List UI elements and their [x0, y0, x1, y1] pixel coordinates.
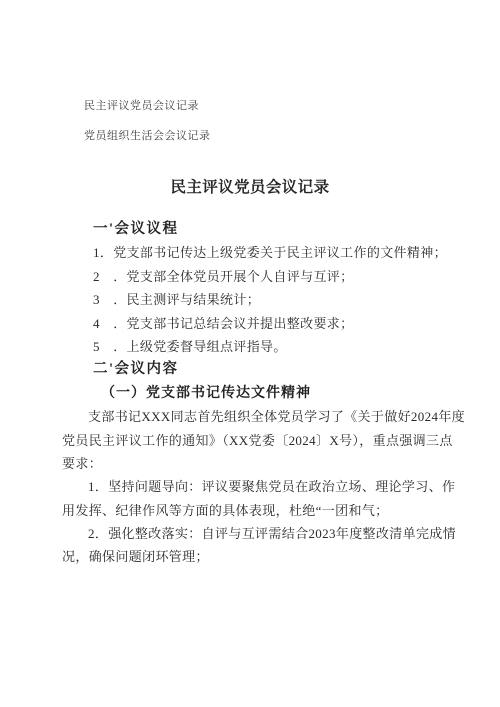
body-line: 况，确保问题闭环管理； — [62, 545, 438, 568]
header-ref-line: 民主评议党员会议记录 — [84, 100, 211, 113]
body-line: 党员民主评议工作的通知》（XX党委〔2024〕X号），重点强调三点 — [62, 429, 438, 452]
body-line: 5 ．上级党委督导组点评指导。 — [62, 335, 438, 358]
body-line: 2．强化整改落实：自评与互评需结合2023年度整改清单完成情 — [62, 522, 438, 545]
body-line: 2 ．党支部全体党员开展个人自评与互评； — [62, 265, 438, 288]
body-line: 一'会议议程 — [62, 218, 438, 241]
body-line: 4 ．党支部书记总结会议并提出整改要求； — [62, 312, 438, 335]
document-body: 一'会议议程1．党支部书记传达上级党委关于民主评议工作的文件精神；2 ．党支部全… — [62, 218, 438, 569]
header-reference-lines: 民主评议党员会议记录党员组织生活会会议记录 — [84, 100, 211, 160]
body-line: 3 ．民主测评与结果统计； — [62, 288, 438, 311]
body-line: （一）党支部书记传达文件精神 — [62, 382, 438, 405]
body-line: 要求： — [62, 452, 438, 475]
body-line: 1．党支部书记传达上级党委关于民主评议工作的文件精神； — [62, 241, 438, 264]
body-line: 二'会议内容 — [62, 358, 438, 381]
header-ref-line: 党员组织生活会会议记录 — [84, 130, 211, 143]
body-line: 用发挥、纪律作风等方面的具体表现，杜绝“一团和气； — [62, 499, 438, 522]
document-title: 民主评议党员会议记录 — [0, 175, 500, 197]
body-line: 1．坚持问题导向：评议要聚焦党员在政治立场、理论学习、作 — [62, 475, 438, 498]
body-line: 支部书记XXX同志首先组织全体党员学习了《关于做好2024年度 — [62, 405, 438, 428]
document-page: 民主评议党员会议记录党员组织生活会会议记录 民主评议党员会议记录 一'会议议程1… — [0, 0, 500, 707]
